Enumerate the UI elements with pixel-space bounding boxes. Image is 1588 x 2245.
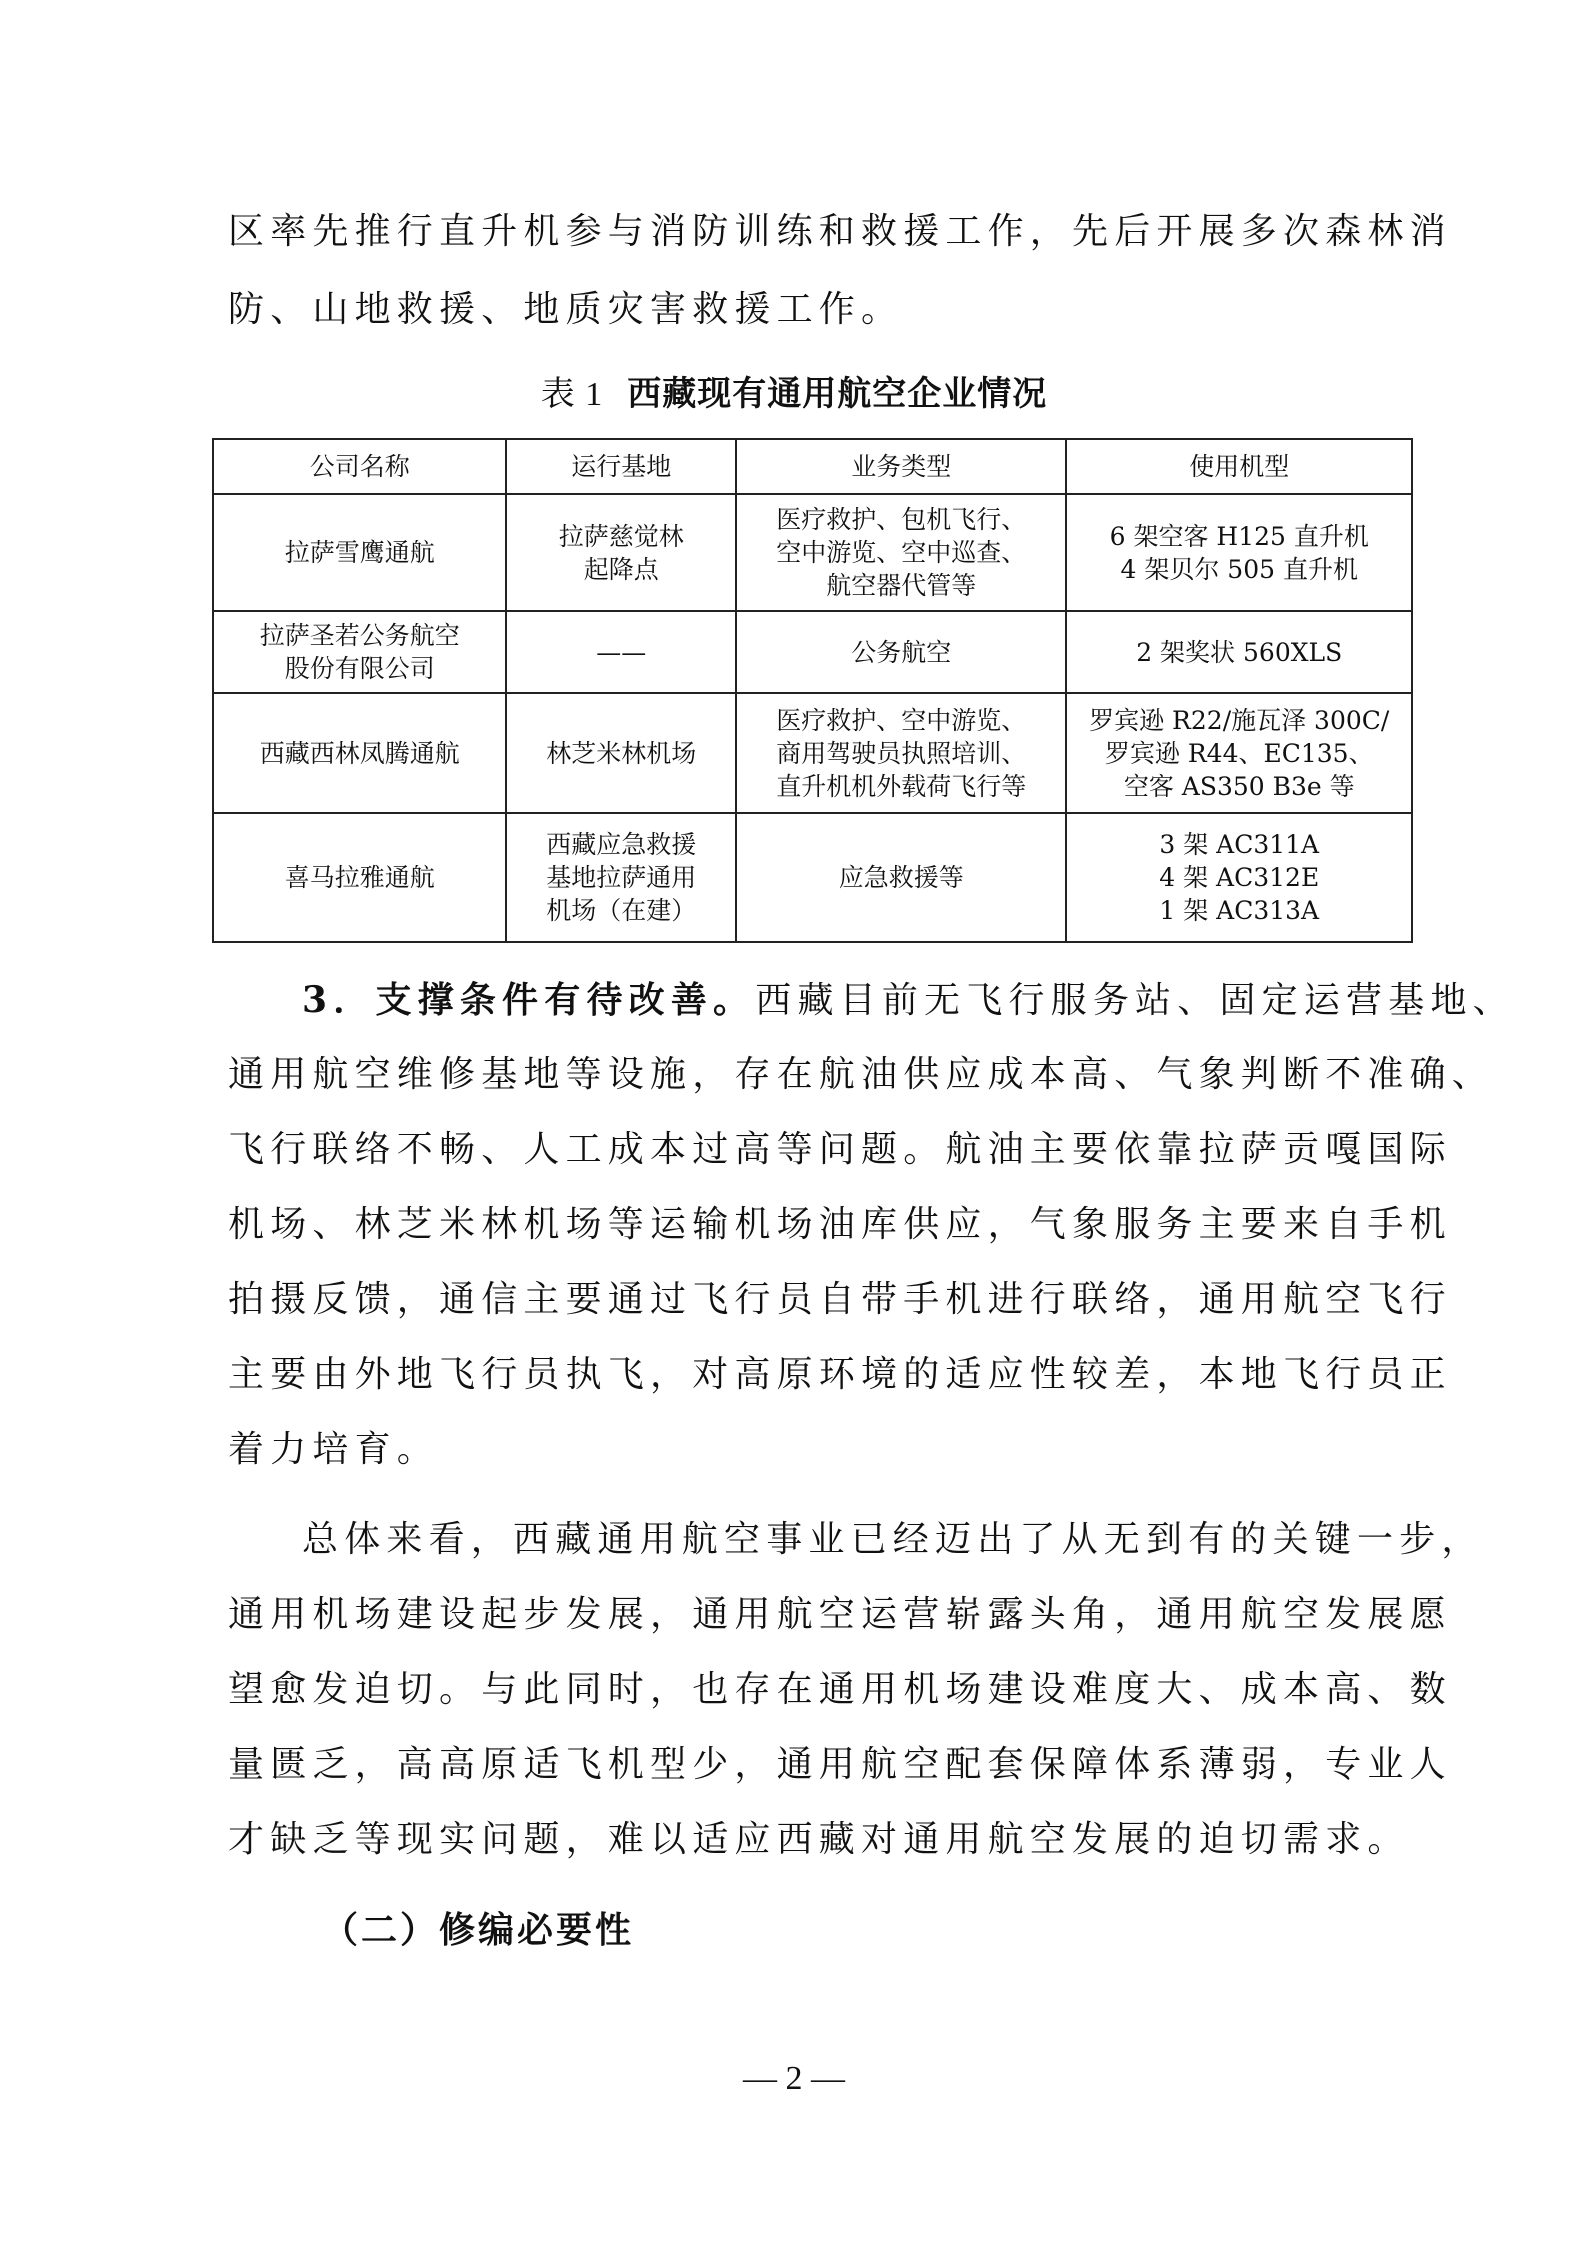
- para3-line-6: 主要由外地飞行员执飞，对高原环境的适应性较差，本地飞行员正: [228, 1353, 1418, 1397]
- cell-base: 拉萨慈觉林起降点: [506, 494, 736, 611]
- para3-lead: 3．支撑条件有待改善。: [302, 979, 755, 1021]
- cell-line: 机场（在建）: [513, 894, 729, 927]
- header-business: 业务类型: [736, 439, 1066, 494]
- para3-line-2: 通用航空维修基地等设施，存在航油供应成本高、气象判断不准确、: [228, 1053, 1418, 1097]
- cell-line: 航空器代管等: [743, 569, 1059, 602]
- cell-line: 起降点: [513, 553, 729, 586]
- table-title: 表 1西藏现有通用航空企业情况: [0, 372, 1588, 417]
- para3-line-3: 飞行联络不畅、人工成本过高等问题。航油主要依靠拉萨贡嘎国际: [228, 1128, 1418, 1172]
- header-base: 运行基地: [506, 439, 736, 494]
- cell-line: 林芝米林机场: [513, 737, 729, 770]
- cell-line: 医疗救护、包机飞行、: [743, 503, 1059, 536]
- aviation-companies-table: 公司名称 运行基地 业务类型 使用机型 拉萨雪鹰通航 拉萨慈觉林起降点 医疗救护…: [212, 438, 1413, 943]
- header-aircraft: 使用机型: [1066, 439, 1412, 494]
- cell-line: 1 架 AC313A: [1073, 894, 1405, 927]
- cell-business: 医疗救护、包机飞行、空中游览、空中巡查、航空器代管等: [736, 494, 1066, 611]
- table-row: 拉萨圣若公务航空股份有限公司 —— 公务航空 2 架奖状 560XLS: [213, 611, 1412, 693]
- cell-line: ——: [513, 636, 729, 669]
- table-row: 喜马拉雅通航 西藏应急救援基地拉萨通用机场（在建） 应急救援等 3 架 AC31…: [213, 813, 1412, 942]
- table-title-number: 表 1: [541, 376, 604, 413]
- cell-line: 医疗救护、空中游览、: [743, 704, 1059, 737]
- cell-company: 西藏西林凤腾通航: [213, 693, 506, 813]
- cell-aircraft: 3 架 AC311A4 架 AC312E1 架 AC313A: [1066, 813, 1412, 942]
- cell-line: 拉萨雪鹰通航: [220, 536, 499, 569]
- cell-line: 拉萨圣若公务航空: [220, 619, 499, 652]
- cell-line: 4 架 AC312E: [1073, 861, 1405, 894]
- cell-business: 医疗救护、空中游览、商用驾驶员执照培训、直升机机外载荷飞行等: [736, 693, 1066, 813]
- summary-line-1: 总体来看，西藏通用航空事业已经迈出了从无到有的关键一步，: [302, 1518, 1492, 1562]
- header-company: 公司名称: [213, 439, 506, 494]
- cell-base: ——: [506, 611, 736, 693]
- cell-company: 喜马拉雅通航: [213, 813, 506, 942]
- cell-line: 公务航空: [743, 636, 1059, 669]
- cell-line: 6 架空客 H125 直升机: [1073, 520, 1405, 553]
- cell-line: 直升机机外载荷飞行等: [743, 770, 1059, 803]
- intro-line-1: 区率先推行直升机参与消防训练和救援工作，先后开展多次森林消: [228, 210, 1418, 254]
- section-heading: （二）修编必要性: [322, 1908, 634, 1952]
- cell-business: 公务航空: [736, 611, 1066, 693]
- summary-line-4: 量匮乏，高高原适飞机型少，通用航空配套保障体系薄弱，专业人: [228, 1743, 1418, 1787]
- intro-line-2: 防、山地救援、地质灾害救援工作。: [228, 288, 1418, 332]
- cell-line: 西藏应急救援: [513, 828, 729, 861]
- cell-line: 应急救援等: [743, 861, 1059, 894]
- cell-line: 喜马拉雅通航: [220, 861, 499, 894]
- cell-line: 2 架奖状 560XLS: [1073, 636, 1405, 669]
- table-row: 西藏西林凤腾通航 林芝米林机场 医疗救护、空中游览、商用驾驶员执照培训、直升机机…: [213, 693, 1412, 813]
- cell-base: 林芝米林机场: [506, 693, 736, 813]
- cell-line: 股份有限公司: [220, 652, 499, 685]
- cell-line: 基地拉萨通用: [513, 861, 729, 894]
- para3-line-1: 3．支撑条件有待改善。西藏目前无飞行服务站、固定运营基地、: [302, 978, 1492, 1023]
- cell-line: 空客 AS350 B3e 等: [1073, 770, 1405, 803]
- cell-base: 西藏应急救援基地拉萨通用机场（在建）: [506, 813, 736, 942]
- cell-company: 拉萨雪鹰通航: [213, 494, 506, 611]
- cell-line: 西藏西林凤腾通航: [220, 737, 499, 770]
- cell-company: 拉萨圣若公务航空股份有限公司: [213, 611, 506, 693]
- para3-line-4: 机场、林芝米林机场等运输机场油库供应，气象服务主要来自手机: [228, 1203, 1418, 1247]
- cell-line: 商用驾驶员执照培训、: [743, 737, 1059, 770]
- cell-line: 罗宾逊 R44、EC135、: [1073, 737, 1405, 770]
- para3-text: 西藏目前无飞行服务站、固定运营基地、: [755, 980, 1515, 1021]
- summary-line-5: 才缺乏等现实问题，难以适应西藏对通用航空发展的迫切需求。: [228, 1818, 1418, 1862]
- cell-business: 应急救援等: [736, 813, 1066, 942]
- cell-aircraft: 2 架奖状 560XLS: [1066, 611, 1412, 693]
- cell-aircraft: 罗宾逊 R22/施瓦泽 300C/罗宾逊 R44、EC135、空客 AS350 …: [1066, 693, 1412, 813]
- cell-line: 4 架贝尔 505 直升机: [1073, 553, 1405, 586]
- para3-line-5: 拍摄反馈，通信主要通过飞行员自带手机进行联络，通用航空飞行: [228, 1278, 1418, 1322]
- cell-line: 空中游览、空中巡查、: [743, 536, 1059, 569]
- cell-line: 罗宾逊 R22/施瓦泽 300C/: [1073, 704, 1405, 737]
- cell-line: 拉萨慈觉林: [513, 520, 729, 553]
- cell-line: 3 架 AC311A: [1073, 828, 1405, 861]
- table-title-text: 西藏现有通用航空企业情况: [627, 374, 1047, 414]
- table-header-row: 公司名称 运行基地 业务类型 使用机型: [213, 439, 1412, 494]
- summary-line-3: 望愈发迫切。与此同时，也存在通用机场建设难度大、成本高、数: [228, 1668, 1418, 1712]
- para3-line-7: 着力培育。: [228, 1428, 1418, 1472]
- table-row: 拉萨雪鹰通航 拉萨慈觉林起降点 医疗救护、包机飞行、空中游览、空中巡查、航空器代…: [213, 494, 1412, 611]
- cell-aircraft: 6 架空客 H125 直升机4 架贝尔 505 直升机: [1066, 494, 1412, 611]
- page-number: — 2 —: [0, 2060, 1588, 2098]
- summary-line-2: 通用机场建设起步发展，通用航空运营崭露头角，通用航空发展愿: [228, 1593, 1418, 1637]
